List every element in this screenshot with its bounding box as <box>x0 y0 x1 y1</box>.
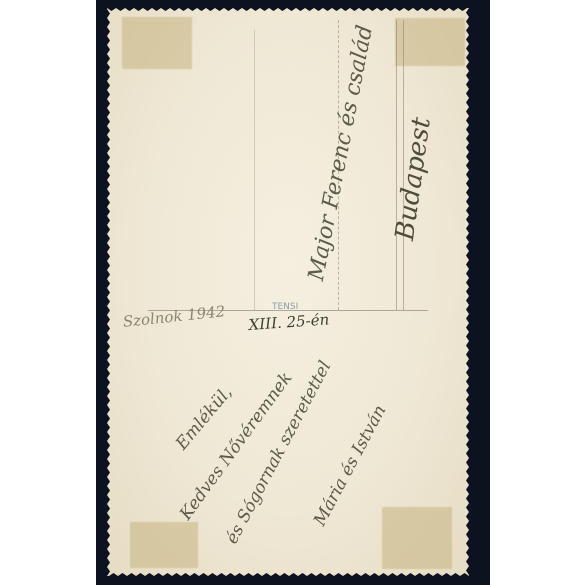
address-line <box>396 20 397 310</box>
postcard-back <box>107 8 469 576</box>
tape-residue-bottom-left <box>130 522 198 568</box>
center-divider-line <box>254 30 255 310</box>
tape-residue-top-left <box>122 17 192 69</box>
tape-residue-bottom-right <box>382 507 452 569</box>
stamp-text: TENSI <box>272 302 298 312</box>
tape-residue-top-right <box>395 18 465 66</box>
